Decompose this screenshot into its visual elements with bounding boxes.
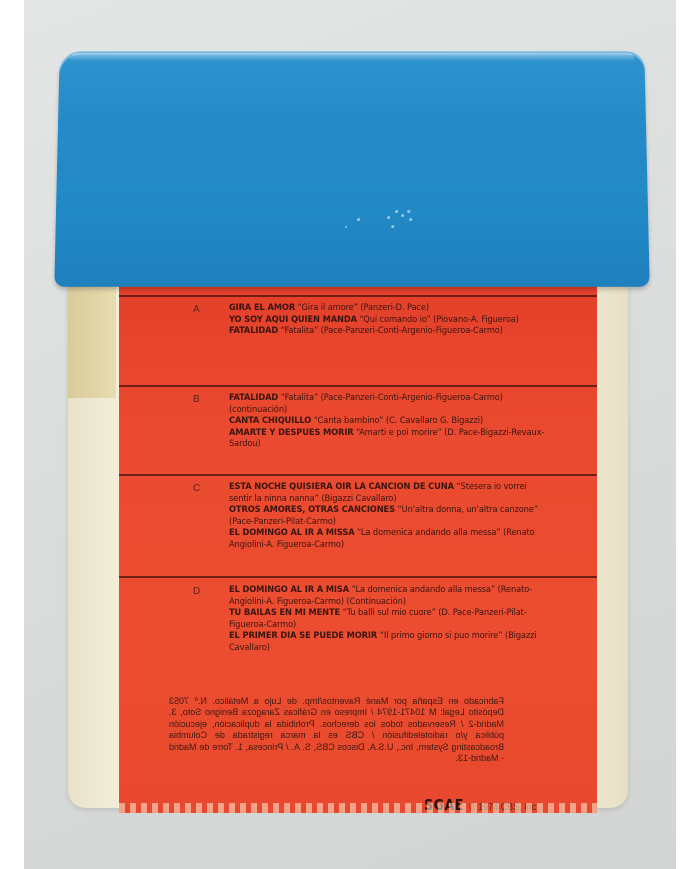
side-letter: D xyxy=(193,586,200,597)
scuff-mark xyxy=(407,210,410,213)
side-b: B FATALIDAD “Fatalita” (Pace-Panzeri-Con… xyxy=(119,390,597,476)
track: EL PRIMER DIA SE PUEDE MORIR “Il primo g… xyxy=(229,630,549,653)
blue-cap xyxy=(54,51,649,286)
separator xyxy=(119,576,597,578)
track: OTROS AMORES, OTRAS CANCIONES “Un'altra … xyxy=(229,504,549,527)
worn-edge xyxy=(119,803,597,813)
side-letter: B xyxy=(193,394,200,405)
photo: A GIRA EL AMOR “Gira il amore” (Panzeri-… xyxy=(24,0,676,869)
separator xyxy=(119,295,597,297)
scuff-mark xyxy=(387,216,390,219)
separator xyxy=(119,385,597,387)
track-list: GIRA EL AMOR “Gira il amore” (Panzeri-D.… xyxy=(229,302,549,337)
track: ESTA NOCHE QUISIERA OIR LA CANCION DE CU… xyxy=(229,481,549,504)
track: TU BAILAS EN MI MENTE “Tu balli sul mio … xyxy=(229,607,549,630)
separator xyxy=(119,474,597,476)
scuff-mark xyxy=(391,225,394,228)
scuff-mark xyxy=(401,214,404,217)
track: EL DOMINGO AL IR A MISSA “La domenica an… xyxy=(229,527,549,550)
housing-notch xyxy=(68,268,116,398)
scuff-mark xyxy=(357,218,360,221)
side-d: D EL DOMINGO AL IR A MISA “La domenica a… xyxy=(119,582,597,682)
side-a: A GIRA EL AMOR “Gira il amore” (Panzeri-… xyxy=(119,300,597,386)
track-label: A GIRA EL AMOR “Gira il amore” (Panzeri-… xyxy=(119,278,597,813)
track-list: EL DOMINGO AL IR A MISA “La domenica and… xyxy=(229,584,549,654)
cap-highlight xyxy=(69,53,634,61)
track-list: ESTA NOCHE QUISIERA OIR LA CANCION DE CU… xyxy=(229,481,549,551)
credits-text-mirrored: Fabricado en España por Mané Raventos/Im… xyxy=(169,696,504,764)
track: EL DOMINGO AL IR A MISA “La domenica and… xyxy=(229,584,549,607)
track: YO SOY AQUI QUIEN MANDA “Qui comando io”… xyxy=(229,314,549,326)
scuff-mark xyxy=(345,226,347,228)
track: CANTA CHIQUILLO “Canta bambino” (C. Cava… xyxy=(229,415,549,427)
track: GIRA EL AMOR “Gira il amore” (Panzeri-D.… xyxy=(229,302,549,314)
track: FATALIDAD “Fatalita” (Pace-Panzeri-Conti… xyxy=(229,325,549,337)
track: FATALIDAD “Fatalita” (Pace-Panzeri-Conti… xyxy=(229,392,549,415)
side-c: C ESTA NOCHE QUISIERA OIR LA CANCION DE … xyxy=(119,479,597,577)
track-list: FATALIDAD “Fatalita” (Pace-Panzeri-Conti… xyxy=(229,392,549,450)
track: AMARTE Y DESPUES MORIR “Amarti e poi mor… xyxy=(229,427,549,450)
scuff-mark xyxy=(395,210,398,213)
scuff-mark xyxy=(409,218,412,221)
side-letter: C xyxy=(193,483,200,494)
side-letter: A xyxy=(193,304,200,315)
